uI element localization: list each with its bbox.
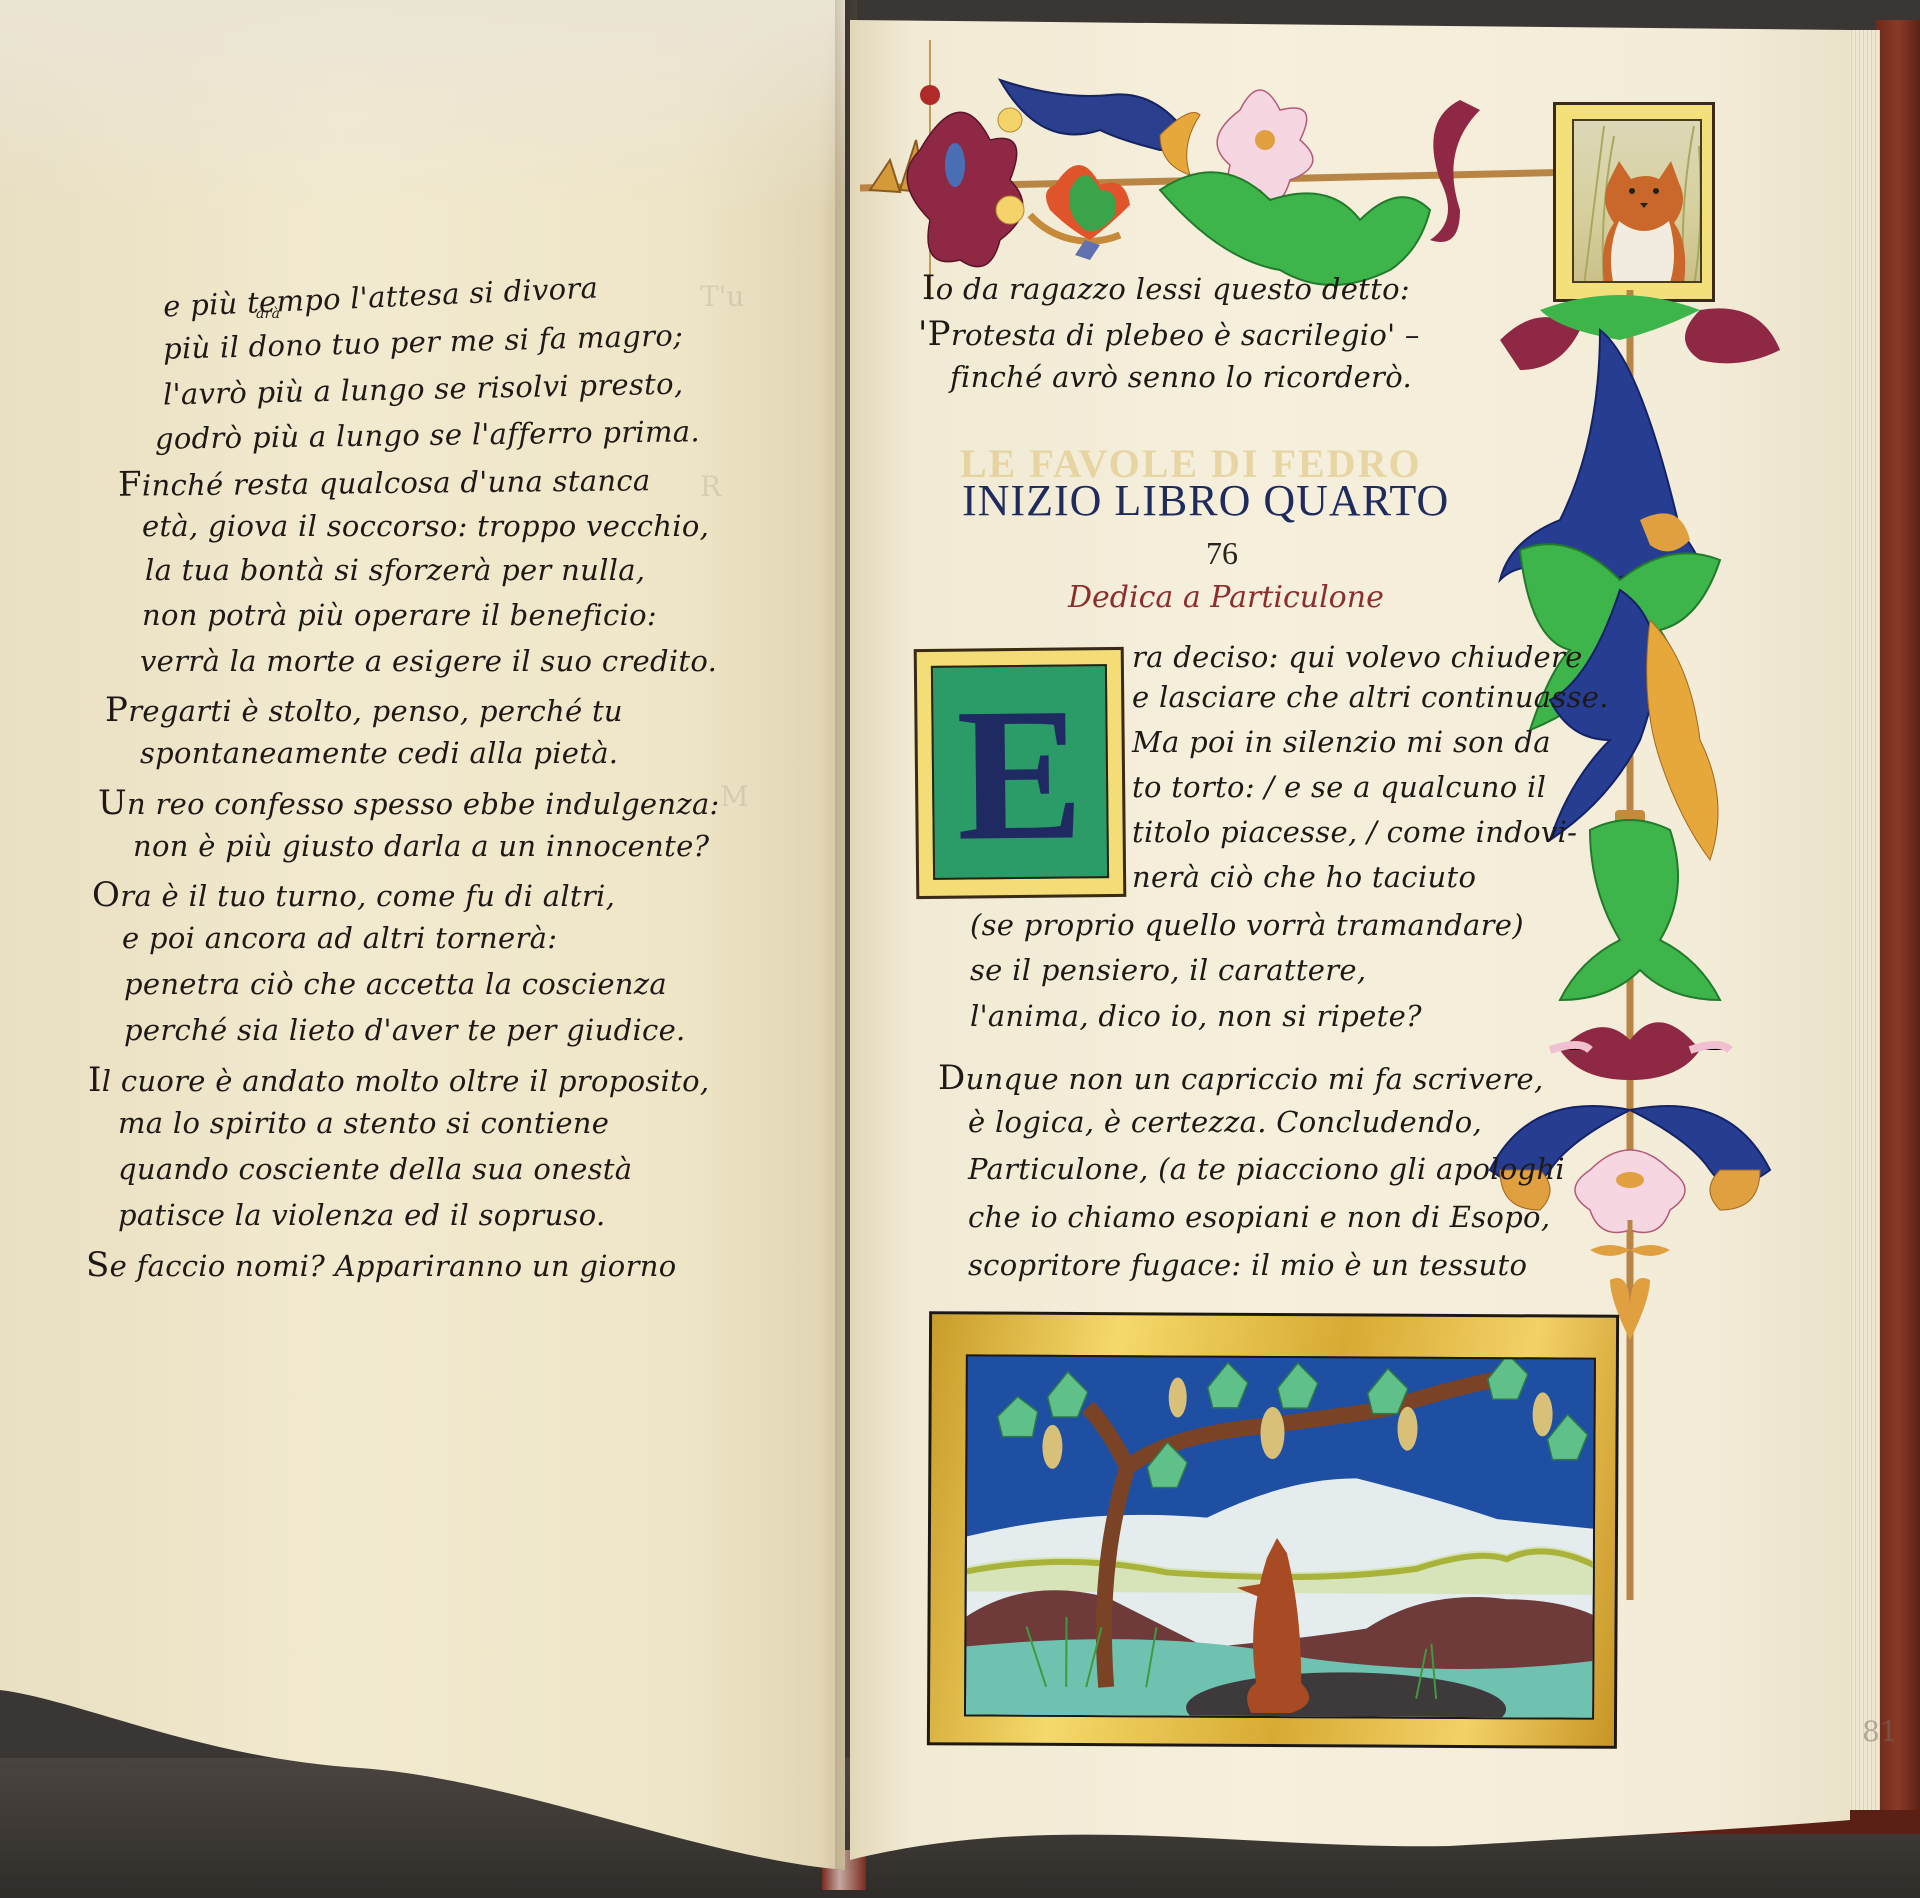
verse-line: Dunque non un capriccio mi fa scrivere, — [938, 1058, 1544, 1098]
book-photo: T'u R M e più tempo l'attesa si divora p… — [0, 0, 1920, 1898]
verse-line: ra deciso: qui volevo chiudere — [1132, 640, 1583, 674]
verse-line: godrò più a lungo se l'afferro prima. — [155, 414, 700, 456]
verse-line: nerà ciò che ho taciuto — [1132, 860, 1476, 894]
left-page: T'u R M e più tempo l'attesa si divora p… — [0, 0, 845, 1870]
verse-line: Io da ragazzo lessi questo detto: — [922, 268, 1410, 308]
verse-line: Pregarti è stolto, penso, perché tu — [105, 690, 623, 730]
verse-line: 'Protesta di plebeo è sacrilegio' – — [918, 314, 1420, 354]
fox-in-wheat-miniature — [1553, 102, 1715, 302]
verse-line: Ora è il tuo turno, come fu di altri, — [92, 875, 615, 915]
book-heading: INIZIO LIBRO QUARTO — [962, 475, 1449, 526]
bleed-through-text: T'u — [700, 280, 744, 313]
verse-line: se il pensiero, il carattere, — [970, 953, 1366, 987]
verse-line: che io chiamo esopiani e non di Esopo, — [968, 1200, 1550, 1234]
page-number: 81 — [1862, 1715, 1898, 1748]
verse-line: Particulone, (a te piacciono gli apologh… — [968, 1152, 1565, 1186]
bleed-through-text: M — [720, 780, 749, 813]
book-cover-edge — [1876, 20, 1920, 1820]
verse-line: finché avrò senno lo ricorderò. — [950, 360, 1412, 394]
verse-line: quando cosciente della sua onestà — [118, 1152, 632, 1186]
verse-line: perché sia lieto d'aver te per giudice. — [124, 1013, 686, 1047]
verse-line: ma lo spirito a stento si contiene — [118, 1106, 609, 1140]
verse-line: la tua bontà si sforzerà per nulla, — [145, 553, 645, 587]
fable-subheading: Dedica a Particulone — [1068, 580, 1384, 615]
verse-line: e più tempo l'attesa si divora — [162, 271, 598, 324]
verse-line: non potrà più operare il beneficio: — [142, 598, 657, 632]
verse-line: l'avrò più a lungo se risolvi presto, — [163, 367, 684, 412]
floral-border-top-icon — [860, 40, 1580, 300]
verse-line: età, giova il soccorso: troppo vecchio, — [142, 509, 709, 543]
verse-line: Se faccio nomi? Appariranno un giorno — [86, 1245, 676, 1285]
verse-line: l'anima, dico io, non si ripete? — [970, 999, 1422, 1033]
verse-line: più il dono tuo per me si fa magro; — [163, 318, 684, 366]
verse-line: to torto: / e se a qualcuno il — [1132, 770, 1546, 804]
fable-number: 76 — [1206, 535, 1238, 572]
verse-line: patisce la violenza ed il sopruso. — [118, 1198, 606, 1232]
verse-line: titolo piacesse, / come indovi- — [1132, 815, 1577, 849]
verse-line: Finché resta qualcosa d'una stanca — [118, 459, 651, 505]
verse-line: scopritore fugace: il mio è un tessuto — [968, 1248, 1527, 1282]
interlinear-gloss: arà — [256, 306, 280, 322]
drop-cap-letter: E — [956, 679, 1085, 870]
verse-line: Ma poi in silenzio mi son da — [1132, 725, 1551, 759]
illuminated-drop-cap: E — [914, 647, 1127, 899]
verse-line: penetra ciò che accetta la coscienza — [124, 967, 667, 1001]
bleed-through-text: R — [700, 470, 721, 503]
verse-line: verrà la morte a esigere il suo credito. — [140, 644, 717, 678]
verse-line: (se proprio quello vorrà tramandare) — [970, 908, 1524, 942]
verse-line: e poi ancora ad altri tornerà: — [122, 921, 557, 955]
verse-line: Un reo confesso spesso ebbe indulgenza: — [98, 783, 720, 823]
fox-and-grapes-miniature — [927, 1311, 1619, 1749]
fox-portrait-icon — [1574, 121, 1702, 283]
verse-line: Il cuore è andato molto oltre il proposi… — [88, 1060, 709, 1100]
verse-line: e lasciare che altri continuasse. — [1132, 680, 1609, 714]
verse-line: non è più giusto darla a un innocente? — [133, 829, 709, 863]
verse-line: spontaneamente cedi alla pietà. — [140, 736, 618, 770]
verse-line: è logica, è certezza. Concludendo, — [968, 1105, 1482, 1139]
fox-and-grapes-scene-icon — [966, 1356, 1596, 1719]
